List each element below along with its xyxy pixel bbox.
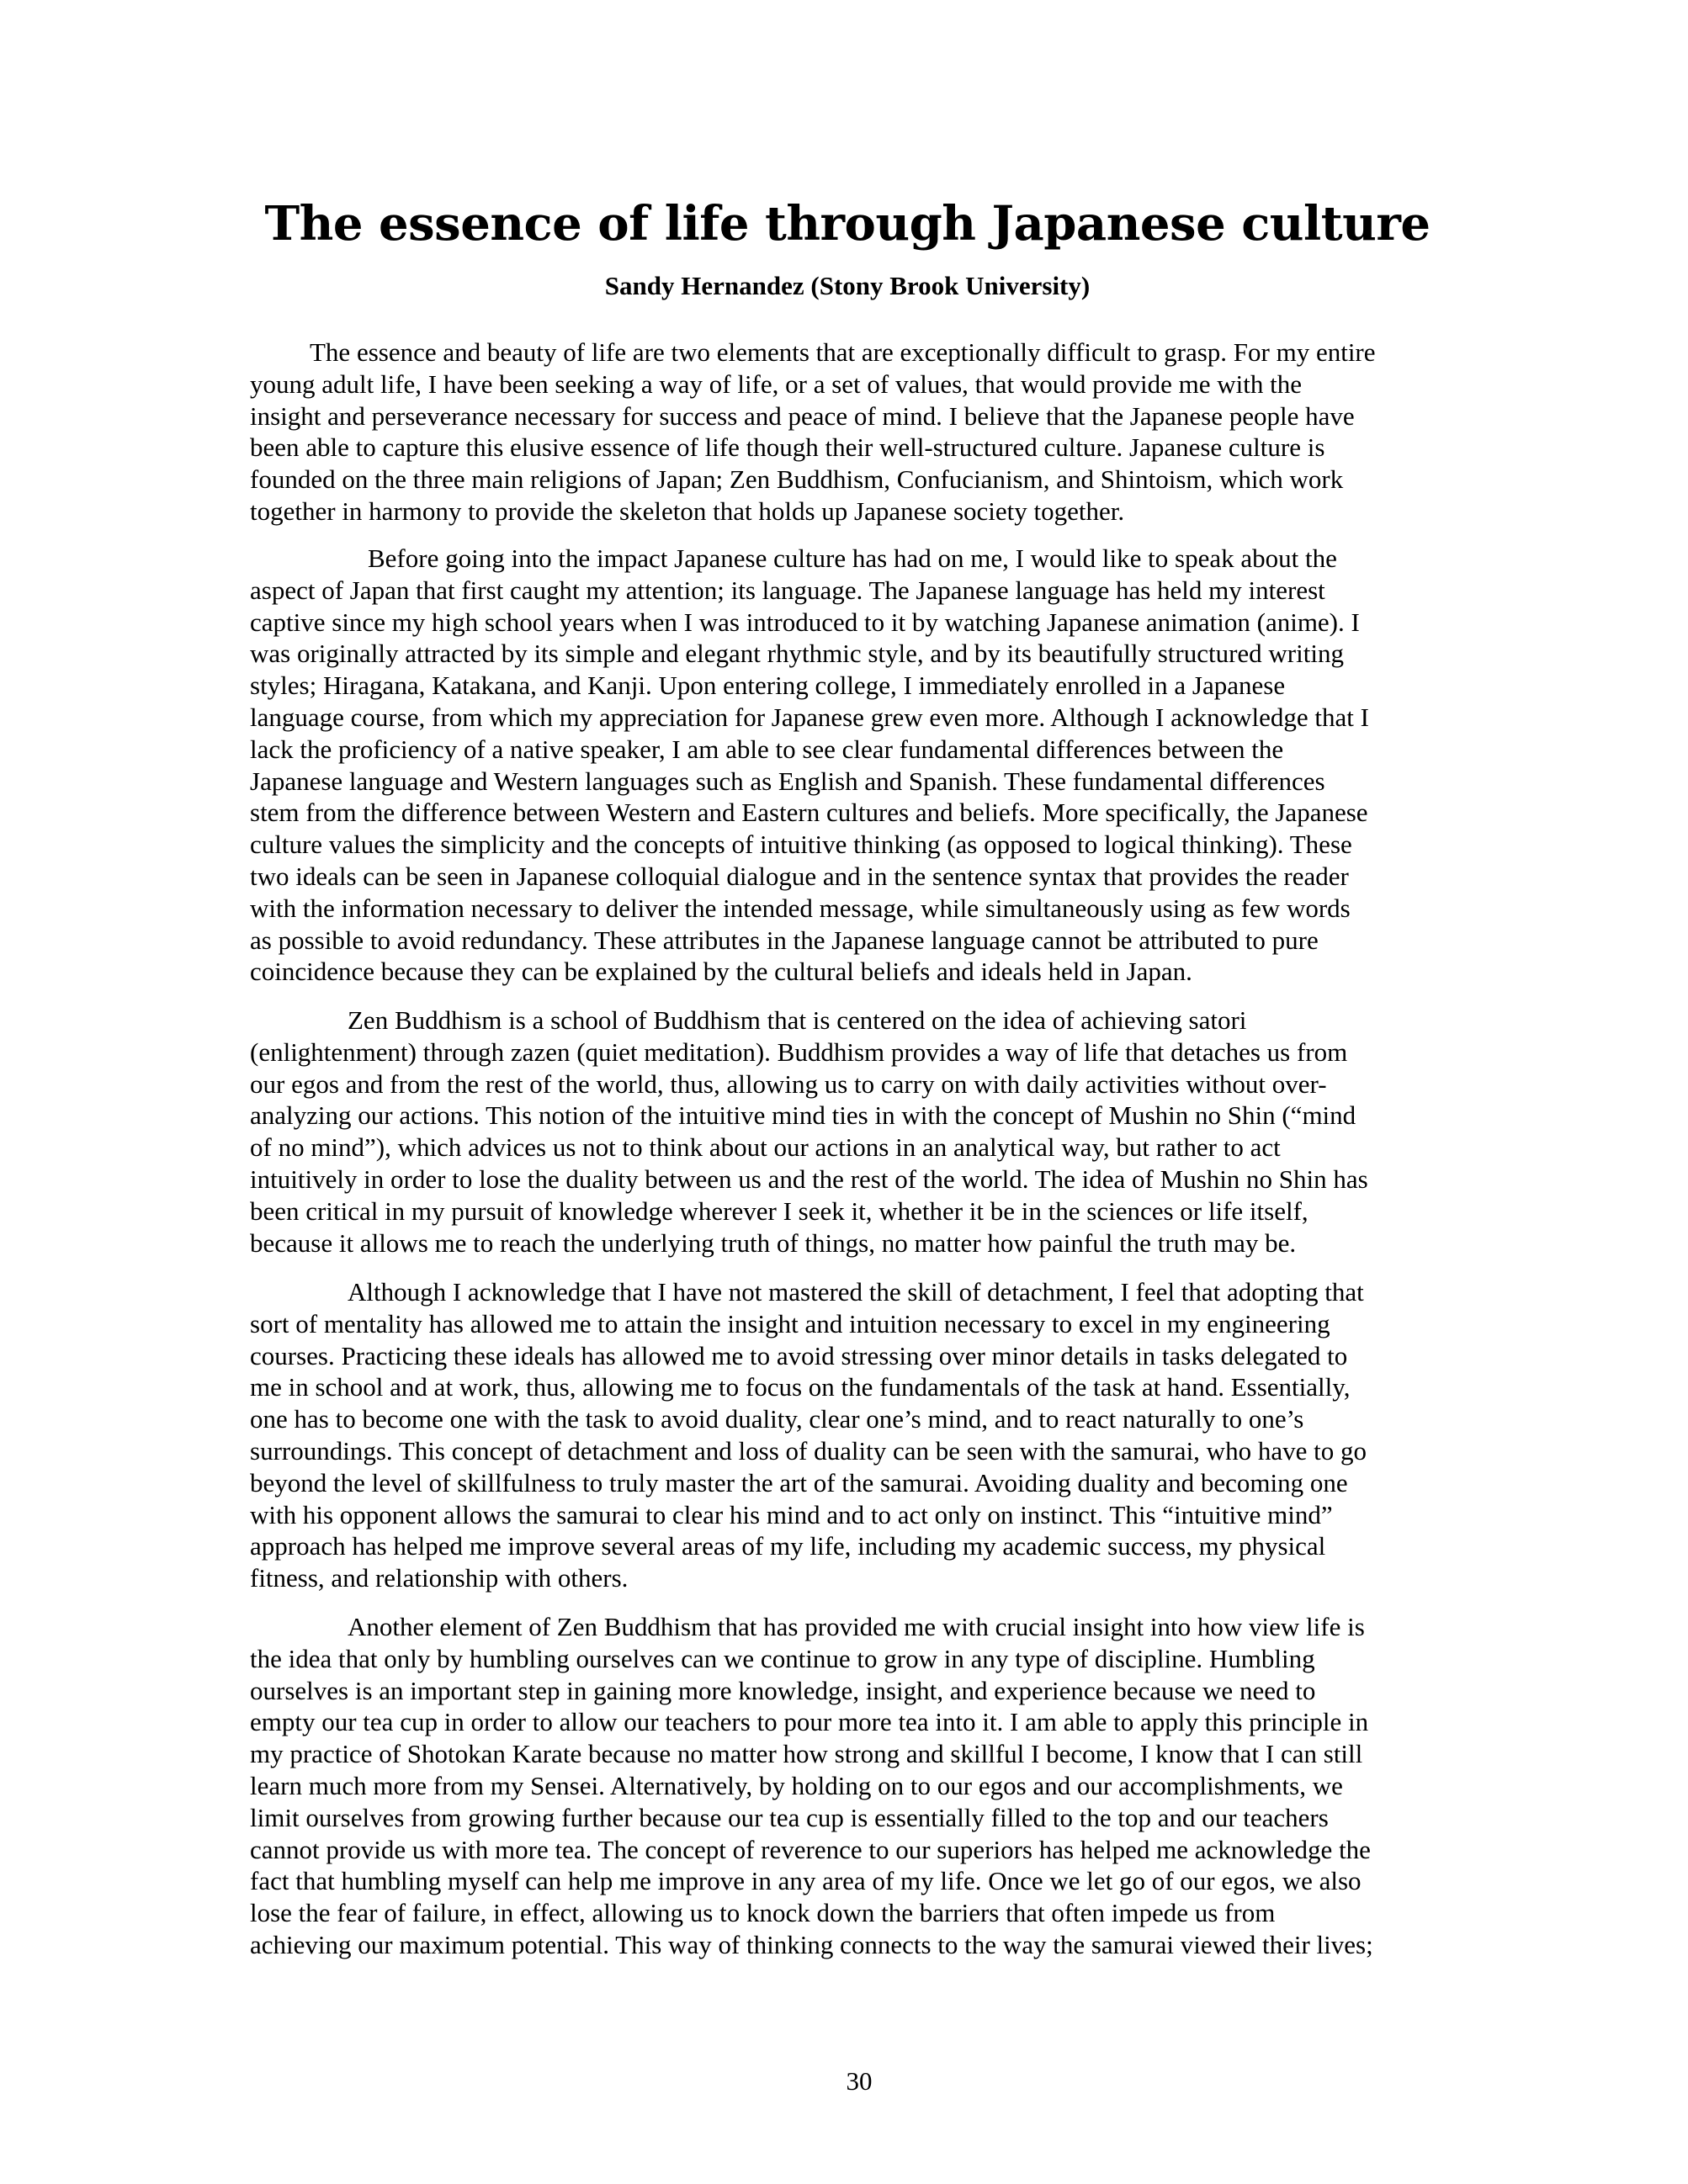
- paragraph-4: Although I acknowledge that I have not m…: [250, 1276, 1445, 1594]
- text-line: been critical in my pursuit of knowledge…: [250, 1195, 1445, 1227]
- text-line: analyzing our actions. This notion of th…: [250, 1100, 1445, 1132]
- text-line: founded on the three main religions of J…: [250, 464, 1445, 496]
- text-line: beyond the level of skillfulness to trul…: [250, 1467, 1445, 1499]
- page-number: 30: [0, 2065, 1688, 2097]
- text-line: (enlightenment) through zazen (quiet med…: [250, 1036, 1445, 1068]
- text-line: because it allows me to reach the underl…: [250, 1227, 1445, 1259]
- text-line: lack the proficiency of a native speaker…: [250, 734, 1445, 766]
- text-line: young adult life, I have been seeking a …: [250, 368, 1445, 400]
- text-line: sort of mentality has allowed me to atta…: [250, 1308, 1445, 1340]
- text-line: lose the fear of failure, in effect, all…: [250, 1897, 1445, 1929]
- text-line: captive since my high school years when …: [250, 607, 1445, 639]
- text-line: with the information necessary to delive…: [250, 893, 1445, 925]
- text-line: as possible to avoid redundancy. These a…: [250, 925, 1445, 957]
- text-line: Although I acknowledge that I have not m…: [250, 1276, 1445, 1308]
- text-line: fact that humbling myself can help me im…: [250, 1865, 1445, 1897]
- text-line: Zen Buddhism is a school of Buddhism tha…: [250, 1005, 1445, 1036]
- paragraph-2: Before going into the impact Japanese cu…: [250, 543, 1445, 988]
- text-line: our egos and from the rest of the world,…: [250, 1068, 1445, 1100]
- text-line: me in school and at work, thus, allowing…: [250, 1371, 1445, 1403]
- text-line: was originally attracted by its simple a…: [250, 638, 1445, 670]
- text-line: culture values the simplicity and the co…: [250, 829, 1445, 861]
- text-line: styles; Hiragana, Katakana, and Kanji. U…: [250, 670, 1445, 702]
- text-line: of no mind”), which advices us not to th…: [250, 1132, 1445, 1164]
- text-line: two ideals can be seen in Japanese collo…: [250, 861, 1445, 893]
- text-line: fitness, and relationship with others.: [250, 1562, 1445, 1594]
- text-line: aspect of Japan that first caught my att…: [250, 575, 1445, 607]
- text-line: been able to capture this elusive essenc…: [250, 432, 1445, 464]
- text-line: with his opponent allows the samurai to …: [250, 1499, 1445, 1531]
- document-page: The essence of life through Japanese cul…: [0, 0, 1688, 2184]
- paragraph-5: Another element of Zen Buddhism that has…: [250, 1611, 1445, 1961]
- text-line: empty our tea cup in order to allow our …: [250, 1706, 1445, 1738]
- paragraph-3: Zen Buddhism is a school of Buddhism tha…: [250, 1005, 1445, 1259]
- text-line: stem from the difference between Western…: [250, 797, 1445, 829]
- text-line: surroundings. This concept of detachment…: [250, 1435, 1445, 1467]
- text-line: insight and perseverance necessary for s…: [250, 400, 1445, 432]
- text-line: limit ourselves from growing further bec…: [250, 1802, 1445, 1834]
- text-line: language course, from which my appreciat…: [250, 702, 1445, 734]
- text-line: intuitively in order to lose the duality…: [250, 1164, 1445, 1195]
- text-line: Another element of Zen Buddhism that has…: [250, 1611, 1445, 1643]
- author-affiliation: Sandy Hernandez (Stony Brook University): [0, 269, 1688, 303]
- text-line: ourselves is an important step in gainin…: [250, 1675, 1445, 1707]
- text-line: one has to become one with the task to a…: [250, 1403, 1445, 1435]
- text-line: cannot provide us with more tea. The con…: [250, 1834, 1445, 1866]
- paragraph-1: The essence and beauty of life are two e…: [250, 337, 1445, 527]
- text-line: approach has helped me improve several a…: [250, 1530, 1445, 1562]
- text-line: my practice of Shotokan Karate because n…: [250, 1738, 1445, 1770]
- text-line: the idea that only by humbling ourselves…: [250, 1643, 1445, 1675]
- text-line: The essence and beauty of life are two e…: [250, 337, 1445, 368]
- text-line: Before going into the impact Japanese cu…: [250, 543, 1445, 575]
- text-line: together in harmony to provide the skele…: [250, 496, 1445, 527]
- document-title: The essence of life through Japanese cul…: [0, 192, 1688, 256]
- text-line: achieving our maximum potential. This wa…: [250, 1929, 1445, 1961]
- text-line: courses. Practicing these ideals has all…: [250, 1340, 1445, 1372]
- text-line: coincidence because they can be explaine…: [250, 956, 1445, 988]
- text-line: Japanese language and Western languages …: [250, 766, 1445, 798]
- text-line: learn much more from my Sensei. Alternat…: [250, 1770, 1445, 1802]
